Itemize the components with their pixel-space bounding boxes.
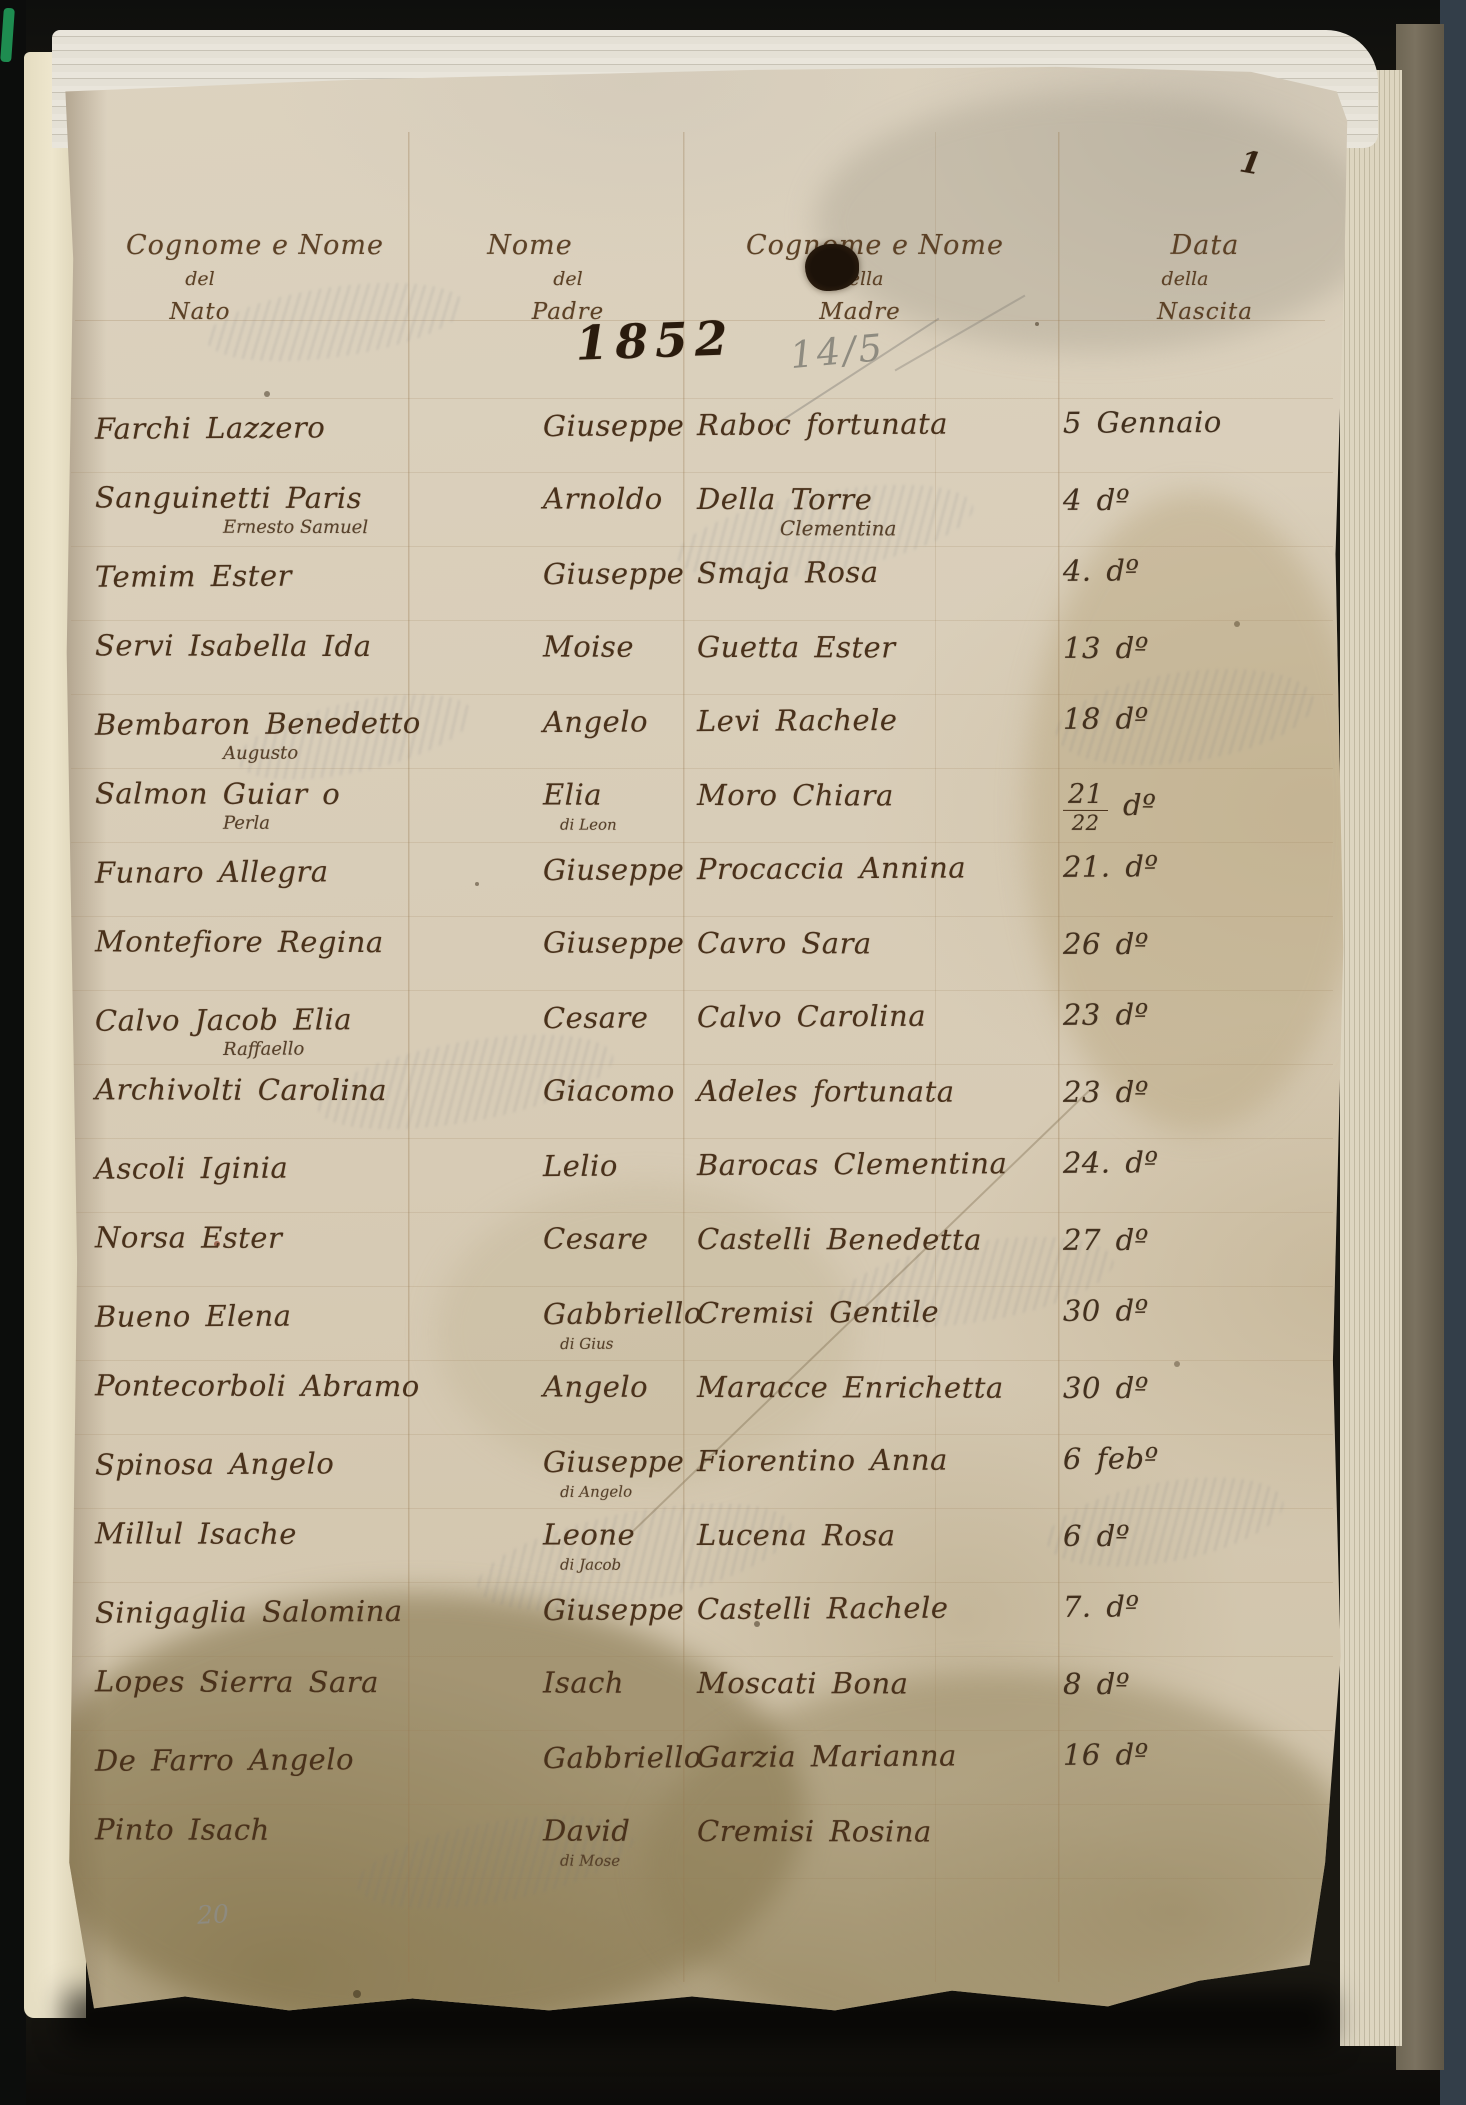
mother-name: Lucena Rosa	[697, 1518, 1057, 1553]
table-row: Sanguinetti ParisErnesto SamuelArnoldoDe…	[95, 472, 1341, 549]
column-header-child: Cognome e Nome del Nato	[100, 230, 410, 325]
mother-name: Smaja Rosa	[697, 554, 1057, 590]
table-row: Montefiore ReginaGiuseppeCavro Sara26 dº	[95, 916, 1341, 993]
table-row: Salmon Guiar oPerlaEliadi LeonMoro Chiar…	[95, 768, 1341, 845]
column-header-father: Nome del Padre	[415, 230, 645, 325]
father-patronymic: di Mose	[560, 1852, 620, 1870]
birth-date: 4. dº	[1063, 552, 1303, 587]
pencil-annotation: 14/5	[788, 326, 886, 377]
table-row: Funaro AllegraGiuseppeProcaccia Annina21…	[95, 840, 1341, 922]
child-name-secondary: Ernesto Samuel	[223, 517, 368, 538]
child-name: Farchi Lazzero	[95, 409, 540, 446]
header-line: Nato	[45, 299, 355, 325]
table-row: Servi Isabella IdaMoiseGuetta Ester13 dº	[95, 620, 1341, 697]
table-row: Lopes Sierra SaraIsachMoscati Bona8 dº	[95, 1656, 1341, 1733]
child-name: Servi Isabella Ida	[95, 628, 540, 663]
header-line: della	[1070, 268, 1300, 290]
book-board-edge	[1396, 24, 1444, 2070]
mother-name: Cavro Sara	[697, 926, 1057, 961]
mother-name: Castelli Benedetta	[697, 1222, 1057, 1257]
table-row: Farchi LazzeroGiuseppeRaboc fortunata5 G…	[95, 396, 1341, 478]
background-left	[0, 0, 26, 2105]
father-patronymic: di Gius	[560, 1335, 613, 1353]
mother-name: Guetta Ester	[697, 630, 1057, 665]
header-line: Cognome e Nome	[100, 230, 410, 261]
column-header-date: Data della Nascita	[1090, 230, 1320, 325]
father-patronymic: di Jacob	[560, 1556, 621, 1574]
child-name: Funaro Allegra	[95, 853, 540, 890]
mother-name: Della Torre	[697, 482, 1057, 517]
birth-date: 23 dº	[1063, 1075, 1303, 1110]
birth-date: 6 dº	[1063, 1519, 1303, 1554]
mother-name: Procaccia Annina	[697, 850, 1057, 886]
table-row: Temim EsterGiuseppeSmaja Rosa4. dº	[95, 544, 1341, 626]
table-row: Pontecorboli AbramoAngeloMaracce Enriche…	[95, 1360, 1341, 1437]
child-name: Archivolti Carolina	[95, 1072, 540, 1107]
ink-blot	[805, 244, 859, 291]
mother-name: Adeles fortunata	[697, 1074, 1057, 1109]
child-name: Lopes Sierra Sara	[95, 1664, 540, 1699]
birth-date: 6 febº	[1063, 1440, 1303, 1475]
birth-date: 23 dº	[1063, 996, 1303, 1031]
child-name: Bembaron Benedetto	[95, 705, 540, 742]
child-name: Spinosa Angelo	[95, 1445, 540, 1482]
mother-name-secondary: Clementina	[780, 516, 897, 540]
birth-date: 18 dº	[1063, 700, 1303, 735]
date-day-second: 22	[1063, 811, 1108, 835]
mother-name: Cremisi Rosina	[697, 1814, 1057, 1849]
table-row: Sinigaglia SalominaGiuseppeCastelli Rach…	[95, 1580, 1341, 1662]
child-name-secondary: Augusto	[223, 743, 298, 764]
child-name: Temim Ester	[95, 557, 540, 594]
child-name: Pinto Isach	[95, 1812, 540, 1847]
header-line: Nascita	[1090, 299, 1320, 325]
birth-date: 30 dº	[1063, 1371, 1303, 1406]
birth-date: 26 dº	[1063, 927, 1303, 962]
child-name: Pontecorboli Abramo	[95, 1368, 540, 1403]
child-name: Sanguinetti Paris	[95, 480, 540, 515]
child-name: Ascoli Iginia	[95, 1149, 540, 1186]
birth-date: 16 dº	[1063, 1736, 1303, 1771]
mother-name: Calvo Carolina	[697, 998, 1057, 1034]
table-row: Bueno ElenaGabbriellodi GiusCremisi Gent…	[95, 1284, 1341, 1366]
mother-name: Raboc fortunata	[697, 406, 1057, 442]
table-row: Millul IsacheLeonedi JacobLucena Rosa6 d…	[95, 1508, 1341, 1585]
birth-date: 4 dº	[1063, 483, 1303, 518]
table-row: Spinosa AngeloGiuseppedi AngeloFiorentin…	[95, 1432, 1341, 1514]
mother-name: Levi Rachele	[697, 702, 1057, 738]
header-line: Cognome e Nome	[695, 230, 1055, 261]
child-name: Salmon Guiar o	[95, 776, 540, 811]
header-line: del	[45, 268, 355, 290]
child-name: Millul Isache	[95, 1516, 540, 1551]
mother-name: Barocas Clementina	[697, 1146, 1057, 1182]
child-name: Calvo Jacob Elia	[95, 1001, 540, 1038]
header-line: Nome	[415, 230, 645, 261]
birth-date: 21. dº	[1063, 848, 1303, 883]
table-row: Bembaron BenedettoAugustoAngeloLevi Rach…	[95, 692, 1341, 774]
book-scan: 1 Cognome e Nome del Nato Nome del Padre…	[0, 0, 1466, 2105]
child-name: Bueno Elena	[95, 1297, 540, 1334]
mother-name: Moro Chiara	[697, 778, 1057, 813]
father-patronymic: di Leon	[560, 816, 617, 834]
table-row: Calvo Jacob EliaRaffaelloCesareCalvo Car…	[95, 988, 1341, 1070]
birth-date: 2122 dº	[1063, 779, 1303, 836]
child-name: De Farro Angelo	[95, 1741, 540, 1778]
header-line: della	[680, 268, 1040, 290]
child-name-secondary: Perla	[223, 813, 270, 834]
birth-date: 5 Gennaio	[1063, 404, 1303, 439]
table-row: Ascoli IginiaLelioBarocas Clementina24. …	[95, 1136, 1341, 1218]
child-name: Sinigaglia Salomina	[95, 1593, 540, 1630]
birth-date: 13 dº	[1063, 631, 1303, 666]
table-row: Archivolti CarolinaGiacomoAdeles fortuna…	[95, 1064, 1341, 1141]
father-patronymic: di Angelo	[560, 1483, 632, 1501]
mother-name: Maracce Enrichetta	[697, 1370, 1057, 1405]
birth-date: 30 dº	[1063, 1292, 1303, 1327]
table-row: Norsa EsterCesareCastelli Benedetta27 dº	[95, 1212, 1341, 1289]
birth-date	[1063, 1815, 1303, 1816]
register-page: 1 Cognome e Nome del Nato Nome del Padre…	[55, 62, 1355, 2030]
header-line: del	[453, 268, 683, 290]
birth-date: 24. dº	[1063, 1144, 1303, 1179]
register-rows: Farchi LazzeroGiuseppeRaboc fortunata5 G…	[95, 400, 1341, 1900]
birth-date: 7. dº	[1063, 1588, 1303, 1623]
table-row: Pinto IsachDaviddi MoseCremisi Rosina	[95, 1804, 1341, 1881]
page-block-fore-edge	[1340, 70, 1402, 2046]
mother-name: Fiorentino Anna	[697, 1442, 1057, 1478]
date-day-first: 21	[1063, 779, 1108, 811]
header-line: Data	[1090, 230, 1320, 261]
mother-name: Moscati Bona	[697, 1666, 1057, 1701]
date-fraction: 2122	[1063, 779, 1109, 835]
child-name-secondary: Raffaello	[223, 1039, 304, 1060]
table-row: De Farro AngeloGabbrielloGarzia Marianna…	[95, 1728, 1341, 1810]
pencil-number: 20	[196, 1899, 229, 1930]
birth-date: 8 dº	[1063, 1667, 1303, 1702]
child-name: Montefiore Regina	[95, 924, 540, 959]
birth-date: 27 dº	[1063, 1223, 1303, 1258]
mother-name: Cremisi Gentile	[697, 1294, 1057, 1330]
child-name: Norsa Ester	[95, 1220, 540, 1255]
mother-name: Castelli Rachele	[697, 1590, 1057, 1626]
mother-name: Garzia Marianna	[697, 1738, 1057, 1774]
